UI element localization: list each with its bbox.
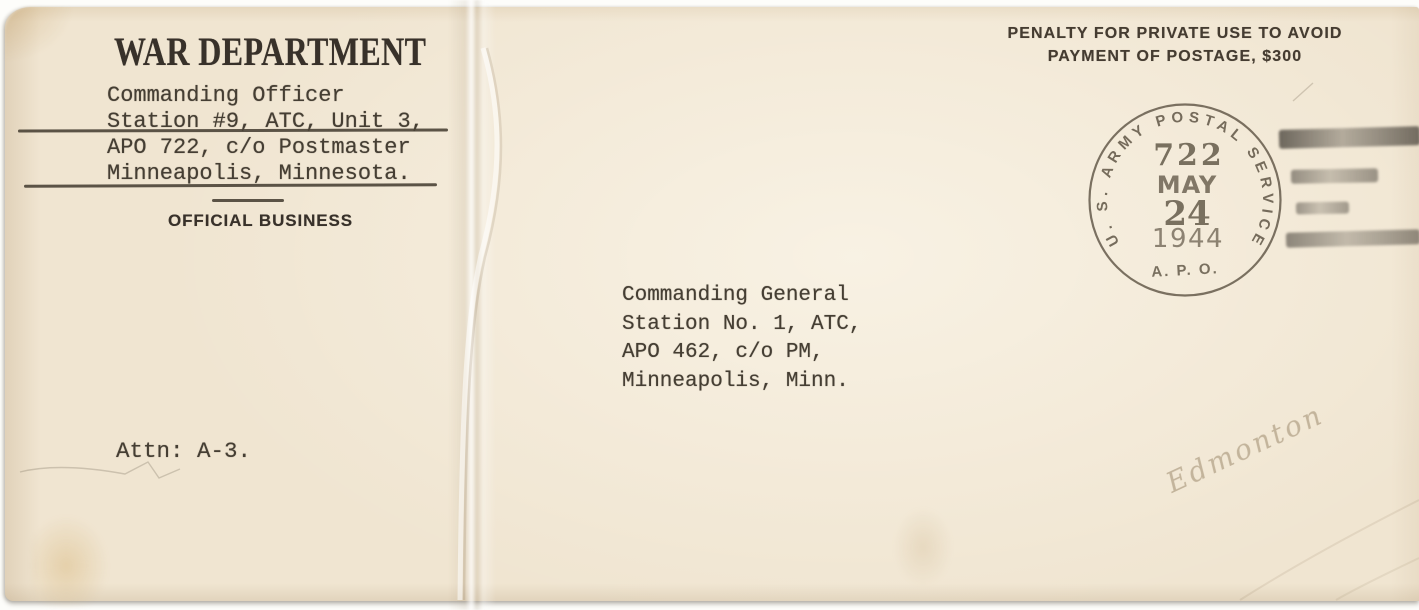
fold-crease <box>448 0 496 610</box>
recipient-address-line-1: Commanding General <box>622 282 861 311</box>
recipient-address-block: Commanding General Station No. 1, ATC, A… <box>622 282 861 396</box>
postmark-year: 1944 <box>1152 224 1224 254</box>
sender-address-line-3: APO 722, c/o Postmaster <box>107 135 424 161</box>
official-business-label: OFFICIAL BUSINESS <box>168 211 353 231</box>
stain-center <box>893 507 953 587</box>
sender-address-block: Commanding Officer Station #9, ATC, Unit… <box>107 83 424 187</box>
postmark-apo-number: 722 <box>1153 138 1225 173</box>
recipient-address-line-2: Station No. 1, ATC, <box>622 311 861 340</box>
war-department-header: WAR DEPARTMENT <box>114 28 426 75</box>
official-business-rule <box>212 199 284 202</box>
stain-bottom-left <box>31 515 109 607</box>
corner-wear <box>5 7 115 97</box>
penalty-line-1: PENALTY FOR PRIVATE USE TO AVOID <box>975 25 1375 43</box>
attention-line: Attn: A-3. <box>116 438 251 464</box>
postmark-stamp: U. S. ARMY POSTAL SERVICE 722 MAY 24 194… <box>1085 94 1285 308</box>
recipient-address-line-3: APO 462, c/o PM, <box>622 339 861 368</box>
sender-address-line-1: Commanding Officer <box>107 83 424 109</box>
penalty-notice: PENALTY FOR PRIVATE USE TO AVOID PAYMENT… <box>975 25 1375 66</box>
postmark-apo-label: A. P. O. <box>1151 260 1219 281</box>
envelope-scan: WAR DEPARTMENT Commanding Officer Statio… <box>0 0 1419 610</box>
penalty-line-2: PAYMENT OF POSTAGE, $300 <box>975 48 1375 66</box>
recipient-address-line-4: Minneapolis, Minn. <box>622 368 861 397</box>
